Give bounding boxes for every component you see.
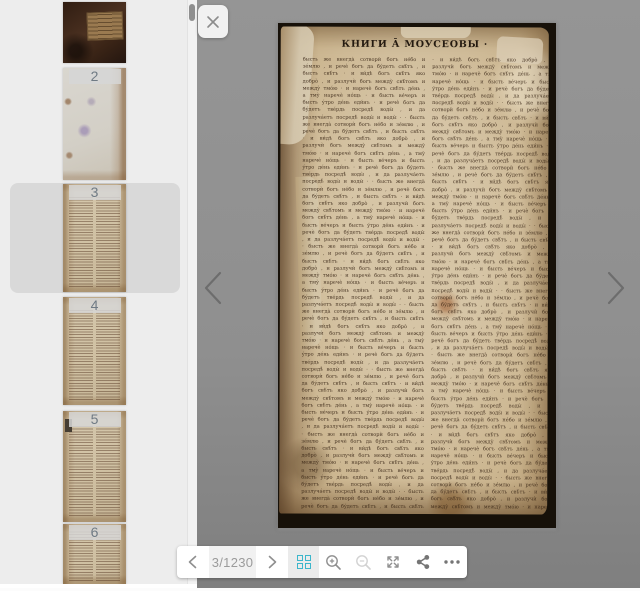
thumb-text-art <box>69 197 93 287</box>
cover-label-art <box>86 11 123 40</box>
zoom-in-icon <box>325 554 342 571</box>
grid-view-icon <box>297 555 311 569</box>
page-counter: 3/1230 <box>209 546 256 578</box>
book-page-image[interactable]: КНИГИ А̄ МОУСЕОВЫ · бысть же внегда̀ сот… <box>278 23 556 528</box>
thumb-text-art <box>69 424 93 516</box>
close-button[interactable] <box>198 5 228 38</box>
thumbnail-sidebar: 2 3 4 5 6 <box>0 0 187 584</box>
zoom-out-icon <box>355 554 372 571</box>
thumbnail-page-3-selected[interactable]: 3 <box>63 184 126 292</box>
thumbnail-page-2[interactable]: 2 <box>63 68 126 180</box>
thumbnail-page-number: 4 <box>69 298 121 313</box>
thumbnail-page-5[interactable]: 5 <box>63 411 126 522</box>
sidebar-scrollbar-track[interactable] <box>187 0 197 584</box>
thumb-text-art <box>96 424 120 516</box>
thumb-text-art <box>96 310 120 400</box>
previous-page-arrow-button[interactable] <box>200 270 226 306</box>
thumbnail-page-number: 6 <box>69 525 121 540</box>
thumbnail-page-number: 3 <box>69 185 121 200</box>
manuscript-paper: КНИГИ А̄ МОУСЕОВЫ · бысть же внегда̀ сот… <box>279 27 549 515</box>
ellipsis-icon <box>443 559 461 565</box>
sidebar-scrollbar-thumb[interactable] <box>189 4 195 21</box>
chevron-left-icon <box>200 270 226 306</box>
fullscreen-button[interactable] <box>378 546 408 578</box>
close-icon <box>206 15 220 29</box>
zoom-in-button[interactable] <box>319 546 349 578</box>
thumbnail-page-number: 2 <box>69 69 121 84</box>
next-page-arrow-button[interactable] <box>603 270 629 306</box>
thumbnail-grid-view-button[interactable] <box>288 546 319 578</box>
chevron-right-icon <box>265 555 279 569</box>
share-icon <box>415 554 431 570</box>
thumb-text-art <box>69 310 93 400</box>
thumb-text-art <box>96 197 120 287</box>
thumbnail-page-4[interactable]: 4 <box>63 297 126 405</box>
thumbnail-page-number: 5 <box>69 412 121 427</box>
paper-tear-art <box>401 27 471 39</box>
thumbnail-page-1-cover[interactable] <box>63 2 126 63</box>
page-text-columns: бысть же внегда̀ сотворѝ богъ не́бо и зе… <box>301 57 549 515</box>
toolbar-previous-page-button[interactable] <box>177 546 209 578</box>
share-button[interactable] <box>408 546 438 578</box>
fullscreen-expand-icon <box>385 554 401 570</box>
chevron-left-icon <box>186 555 200 569</box>
zoom-out-button[interactable] <box>349 546 379 578</box>
viewer-toolbar: 3/1230 <box>177 546 467 578</box>
chevron-right-icon <box>603 270 629 306</box>
thumbnail-page-6[interactable]: 6 <box>63 524 126 584</box>
toolbar-next-page-button[interactable] <box>256 546 288 578</box>
more-options-button[interactable] <box>437 546 467 578</box>
manuscript-title: КНИГИ А̄ МОУСЕОВЫ · <box>281 39 549 51</box>
